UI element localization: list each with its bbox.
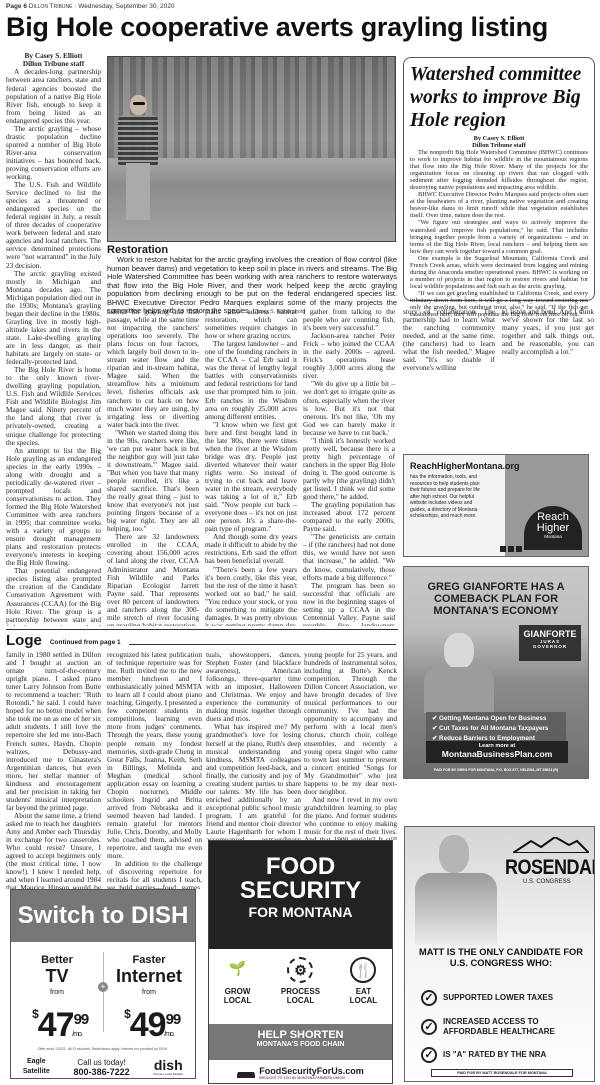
sidebar-body: The nonprofit Big Hole Watershed Committ… <box>410 149 588 319</box>
reach-higher-url[interactable]: ReachHigherMontana.org <box>410 461 582 471</box>
paragraph: The arctic grayling existed mostly in Mi… <box>6 270 101 367</box>
rosendale-item: ✓IS "A" RATED BY THE NRA <box>421 1047 586 1063</box>
folio-date: Wednesday, September 30, 2020 <box>78 3 174 10</box>
social-icons[interactable] <box>500 546 522 552</box>
paragraph: And though some dry years made it diffic… <box>205 533 297 565</box>
gianforte-headline: GREG GIANFORTE HAS A COMEBACK PLAN FOR M… <box>404 581 588 617</box>
rosendale-item: ✓INCREASED ACCESS TO AFFORDABLE HEALTHCA… <box>421 1017 586 1036</box>
gear-basket-icon: ⚙ <box>287 957 313 983</box>
bullet: ✔ Cut Taxes for All Montana Taxpayers <box>432 724 560 734</box>
folio: Page 6 Dillon Tribune · Wednesday, Septe… <box>6 3 175 10</box>
divider <box>129 644 396 645</box>
divider <box>6 629 398 630</box>
loge-col-4: young people for 25 years, and hundreds … <box>304 651 397 840</box>
gianforte-url[interactable]: MontanaBusinessPlan.com <box>426 749 568 759</box>
dish-ad[interactable]: Switch to DISH Better TV from $4799/mo. … <box>10 889 196 1079</box>
folio-paper: Dillon Tribune <box>29 3 73 10</box>
paragraph: The arctic grayling – whose drastic popu… <box>6 125 101 181</box>
dish-call: Call us today!800-386-7222 <box>74 1058 130 1077</box>
paragraph: "The geneticists are certain – if (the r… <box>303 533 395 581</box>
paragraph: The Big Hole River is home to the only k… <box>6 366 101 446</box>
reach-higher-ad[interactable]: ReachHigherMontana.org has the informati… <box>403 454 589 557</box>
gianforte-logo: GIANFORTE JURAS GOVERNOR <box>519 625 581 661</box>
main-article-col-4: I gather from talking to the people who … <box>303 308 395 626</box>
process-local: ⚙PROCESSLOCAL <box>281 957 320 1024</box>
tv-price: $4799/mo. <box>11 996 103 1053</box>
eat-local: 🍴EATLOCAL <box>350 957 378 1024</box>
reach-higher-text: has the information, tools, and resource… <box>410 474 488 520</box>
paragraph: The largest landowner – and one of the f… <box>205 340 297 420</box>
dish-logo: dishPremier Local Retailer <box>153 1058 183 1076</box>
mountains-icon <box>513 837 589 853</box>
instagram-icon[interactable] <box>508 546 514 552</box>
candidate-photo <box>424 633 494 713</box>
check-circle-icon: ✓ <box>421 990 437 1006</box>
food-icons: 🌱GROWLOCAL ⚙PROCESSLOCAL 🍴EATLOCAL <box>209 949 392 1024</box>
paragraph: plans also address habitat restoration, … <box>205 308 297 340</box>
dish-offers: Better TV from $4799/mo. + Faster Intern… <box>11 942 195 1047</box>
paragraph: I gather from talking to the people who … <box>303 308 395 332</box>
rosendale-photo <box>415 835 497 945</box>
plant-icon: 🌱 <box>225 957 251 983</box>
loge-continued[interactable]: Continued from page 1 <box>50 639 121 646</box>
reach-higher-logo: Reach Higher Montana <box>524 506 582 550</box>
rosendale-office: U.S. CONGRESS <box>523 879 571 885</box>
bullet: ✔ Getting Montana Open for Business <box>432 714 560 724</box>
divider <box>103 952 104 1032</box>
paragraph: The grayling population has increased ab… <box>303 501 395 533</box>
check-circle-icon: ✓ <box>421 1047 437 1063</box>
main-article-col-3: plans also address habitat restoration, … <box>205 308 297 626</box>
paragraph: habitat for grayling and fish passage, w… <box>107 308 199 429</box>
rosendale-headline: MATT IS THE ONLY CANDIDATE FOR U.S. CONG… <box>417 947 585 969</box>
person-figure <box>114 95 162 220</box>
paragraph: The U.S. Fish and Wildlife Service decli… <box>6 181 101 270</box>
main-article-col-2: habitat for grayling and fish passage, w… <box>107 308 199 626</box>
sunrise-road-icon <box>237 1068 255 1078</box>
loge-header: Loge Continued from page 1 <box>6 632 396 649</box>
paragraph: "When we started doing this in the 90s, … <box>107 429 199 534</box>
sidebar-article-box: Watershed committee works to improve Big… <box>403 57 595 301</box>
plus-icon: + <box>98 982 108 992</box>
paragraph: "I think it's honestly worked pretty wel… <box>303 437 395 501</box>
paragraph: The program has been so successful that … <box>303 582 395 626</box>
loge-title: Loge <box>6 632 42 649</box>
gianforte-learn-panel[interactable]: Learn more at MontanaBusinessPlan.com <box>426 741 568 763</box>
paragraph: "We do give up a little bit – we don't g… <box>303 380 395 436</box>
dish-tv-offer: Better TV from $4799/mo. <box>11 942 103 1047</box>
paragraph: Jackson-area rancher Peter Frick – who j… <box>303 332 395 380</box>
rosendale-item: ✓SUPPORTED LOWER TAXES <box>421 990 586 1006</box>
paragraph: That potential endangered species listin… <box>6 567 101 626</box>
paragraph: There are 32 landowners enrolled in the … <box>107 533 199 626</box>
check-circle-icon: ✓ <box>421 1019 437 1035</box>
grow-local: 🌱GROWLOCAL <box>224 957 252 1024</box>
plate-fork-icon: 🍴 <box>350 957 376 983</box>
restoration-photo <box>107 56 396 242</box>
youtube-icon[interactable] <box>516 546 522 552</box>
paragraph: "There's been a few years it's been cost… <box>205 566 297 627</box>
paragraph: "I know when we first got here and first… <box>205 421 297 534</box>
food-security-headline: FOOD SECURITY FOR MONTANA <box>209 841 392 949</box>
dish-phone[interactable]: 800-386-7222 <box>74 1067 130 1077</box>
gianforte-paid-for: PAID FOR BY GREG FOR MONTANA, P.O. BOX 8… <box>404 768 588 772</box>
dish-footer: EagleSatellite Call us today!800-386-722… <box>11 1057 195 1077</box>
rosendale-ad[interactable]: ROSENDALE U.S. CONGRESS MATT IS THE ONLY… <box>404 826 595 1082</box>
dealer-name: EagleSatellite <box>23 1057 50 1077</box>
folio-page: Page 6 <box>6 3 27 10</box>
dish-headline: Switch to DISH <box>11 890 195 942</box>
loge-col-1: family in 1980 settled in Dillon and I b… <box>6 651 101 889</box>
loge-col-2: recognized his latest publication of tec… <box>107 651 202 889</box>
paragraph: A decades-long partnership between area … <box>6 68 101 124</box>
food-url[interactable]: FoodSecurityForUs.com <box>259 1066 364 1076</box>
food-help-banner: HELP SHORTEN MONTANA'S FOOD CHAIN <box>209 1024 392 1060</box>
facebook-icon[interactable] <box>500 546 506 552</box>
sidebar-byline-staff: Dillon Tribune staff <box>410 142 588 149</box>
main-article-col-1: By Casey S. Elliott Dillon Tribune staff… <box>6 52 101 626</box>
paragraph: An attempt to list the Big Hole grayling… <box>6 447 101 568</box>
food-footer: FoodSecurityForUs.comBROUGHT TO YOU BY M… <box>209 1060 392 1084</box>
rosendale-paid-for: PAID FOR BY MATT ROSENDALE FOR MONTANA <box>431 1069 573 1077</box>
page-headline: Big Hole cooperative averts grayling lis… <box>6 12 548 43</box>
food-security-ad[interactable]: FOOD SECURITY FOR MONTANA 🌱GROWLOCAL ⚙PR… <box>208 840 393 1084</box>
rosendale-logo: ROSENDALE <box>505 855 595 880</box>
sidebar-byline-name: By Casey S. Elliott <box>410 135 588 142</box>
sidebar-title: Watershed committee works to improve Big… <box>410 63 588 132</box>
main-article-col-6: to listen and bend. And I think we've sh… <box>502 308 594 370</box>
photo-caption: Restoration Work to restore habitat for … <box>107 244 397 317</box>
loge-col-3: tuals, showstoppers, dances, Stephen Fos… <box>206 651 301 840</box>
dish-internet-offer: Faster Internet from $4999/mo. <box>103 942 195 1047</box>
internet-price: $4999/mo. <box>103 996 195 1053</box>
main-article-col-5: story of collaboration. The partnership … <box>403 308 495 370</box>
